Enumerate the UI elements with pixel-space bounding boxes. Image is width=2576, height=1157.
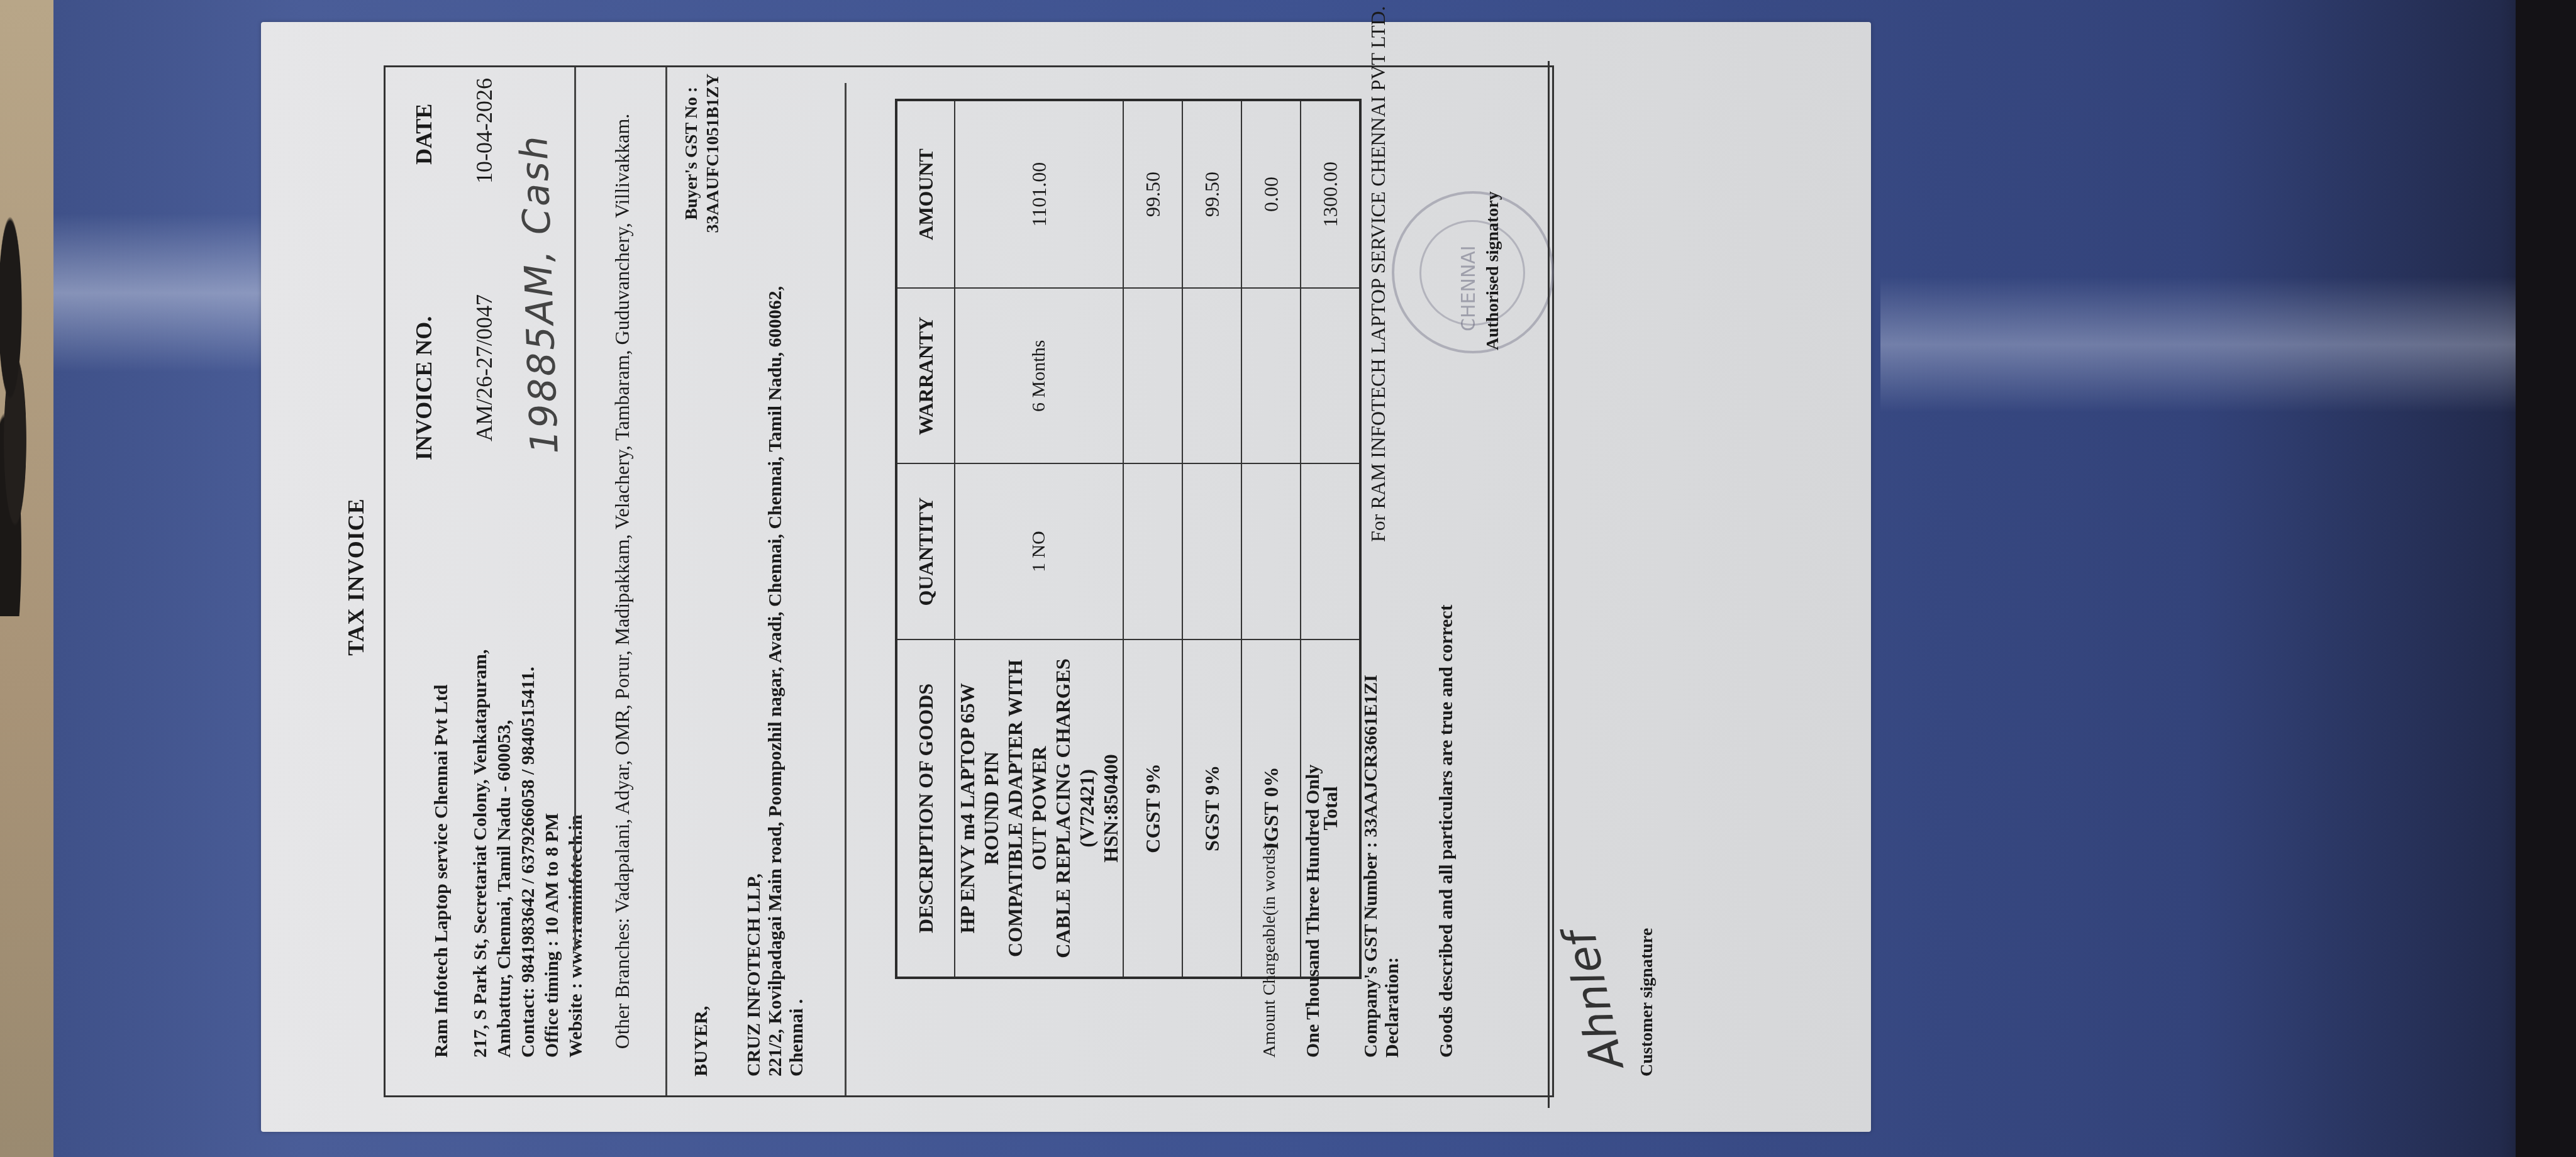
seller-website: Website : www.raminfotech.in [564, 650, 588, 1058]
item-warranty: 6 Months [955, 288, 1123, 463]
date-label: DATE [411, 104, 437, 165]
seller-block: Ram Infotech Laptop service Chennai Pvt … [430, 650, 588, 1058]
document-title: TAX INVOICE [343, 22, 369, 1132]
amount-in-words-block: Amount Chargeable(in words) One Thousand… [1260, 765, 1324, 1058]
customer-signature-icon: Ahnlef [1554, 926, 1634, 1074]
divider [574, 67, 576, 951]
divider [845, 83, 847, 1095]
empty-cell [1182, 464, 1241, 639]
table-header-row: DESCRIPTION OF GOODS QUANTITY WARRANTY A… [896, 100, 955, 978]
company-gst-block: Company's GST Number : 33AAJCR3661E1ZI D… [1360, 675, 1403, 1058]
buyer-gst-label: Buyer's GST No : [681, 74, 702, 233]
authorised-signatory-label: Authorised signatory [1483, 191, 1503, 350]
item-quantity: 1 NO [955, 464, 1123, 639]
declaration-label: Declaration: [1382, 675, 1403, 1058]
empty-cell [1301, 464, 1360, 639]
seller-name: Ram Infotech Laptop service Chennai Pvt … [430, 650, 453, 1058]
buyer-block: BUYER, CRUZ INFOTECH LLP, 221/2, Kovilpa… [691, 286, 808, 1077]
seller-address-line: Ambattur, Chennai, Tamil Nadu - 600053, [492, 650, 516, 1058]
buyer-name: CRUZ INFOTECH LLP, [743, 286, 765, 1077]
item-description: HP ENVY m4 LAPTOP 65W ROUND PIN COMPATIB… [955, 639, 1123, 978]
buyer-address-city: Chennai . [786, 286, 808, 1077]
desc-line: HP ENVY m4 LAPTOP 65W ROUND PIN [955, 653, 1003, 964]
tax-amount: 99.50 [1182, 100, 1241, 288]
invoice-frame: Ram Infotech Laptop service Chennai Pvt … [384, 65, 1554, 1097]
desc-line: COMPATIBLE ADAPTER WITH OUT POWER [1003, 653, 1051, 964]
empty-cell [1241, 288, 1301, 463]
desc-line: CABLE REPLACING CHARGES (V72421) [1051, 653, 1099, 964]
buyer-gst: Buyer's GST No : 33AAUFC1051B1ZY [681, 74, 724, 233]
handwritten-note: 19885AM, Cash [512, 133, 567, 455]
divider [665, 67, 667, 1095]
date-value: 10-04-2026 [471, 78, 497, 184]
invoice-page: TAX INVOICE Ram Infotech Laptop service … [261, 22, 1871, 1132]
seller-office-timing: Office timing : 10 AM to 8 PM [540, 650, 564, 1058]
other-branches: Other Branches: Vadapalani, Adyar, OMR, … [611, 67, 634, 1095]
buyer-label: BUYER, [691, 286, 712, 1077]
empty-cell [1301, 288, 1360, 463]
amount-words-value: One Thousand Three Hundred Only [1302, 765, 1324, 1058]
invoice-no-label: INVOICE NO. [411, 316, 437, 460]
empty-cell [1123, 288, 1182, 463]
dark-edge [2516, 0, 2576, 1157]
empty-cell [1182, 288, 1241, 463]
seller-address-line: 217, S Park St, Secretariat Colony, Venk… [469, 650, 492, 1058]
col-warranty: WARRANTY [896, 288, 955, 463]
col-description: DESCRIPTION OF GOODS [896, 639, 955, 978]
table-row: HP ENVY m4 LAPTOP 65W ROUND PIN COMPATIB… [955, 100, 1123, 978]
tax-label: CGST 9% [1123, 639, 1182, 978]
plant-silhouette [0, 176, 50, 616]
amount-words-label: Amount Chargeable(in words) [1260, 765, 1280, 1058]
signature-line [1548, 61, 1550, 1108]
invoice-header: Ram Infotech Laptop service Chennai Pvt … [386, 67, 738, 1095]
col-amount: AMOUNT [896, 100, 955, 288]
buyer-address: 221/2, Kovilpadagai Main road, Poompozhi… [765, 286, 786, 1077]
buyer-gst-number: 33AAUFC1051B1ZY [702, 74, 724, 233]
stamp-text: CHENNAI [1458, 245, 1480, 331]
total-amount: 1300.00 [1301, 100, 1360, 288]
tax-amount: 99.50 [1123, 100, 1182, 288]
tax-amount: 0.00 [1241, 100, 1301, 288]
invoice-no-value: AM/26-27/0047 [471, 294, 497, 441]
empty-cell [1123, 464, 1182, 639]
empty-cell [1241, 464, 1301, 639]
seller-contact: Contact: 9841983642 / 6379266058 / 98405… [516, 650, 540, 1058]
table-row-cgst: CGST 9% 99.50 [1123, 100, 1182, 978]
tax-label: SGST 9% [1182, 639, 1241, 978]
col-quantity: QUANTITY [896, 464, 955, 639]
hsn-code: HSN:850400 [1099, 653, 1123, 964]
item-amount: 1101.00 [955, 100, 1123, 288]
for-company-line: For RAM INFOTECH LAPTOP SERVICE CHENNAI … [1367, 6, 1390, 542]
customer-signature-label: Customer signature [1637, 928, 1657, 1077]
declaration-text: Goods described and all particulars are … [1436, 605, 1457, 1058]
company-gst-number: Company's GST Number : 33AAJCR3661E1ZI [1360, 675, 1382, 1058]
table-row-sgst: SGST 9% 99.50 [1182, 100, 1241, 978]
